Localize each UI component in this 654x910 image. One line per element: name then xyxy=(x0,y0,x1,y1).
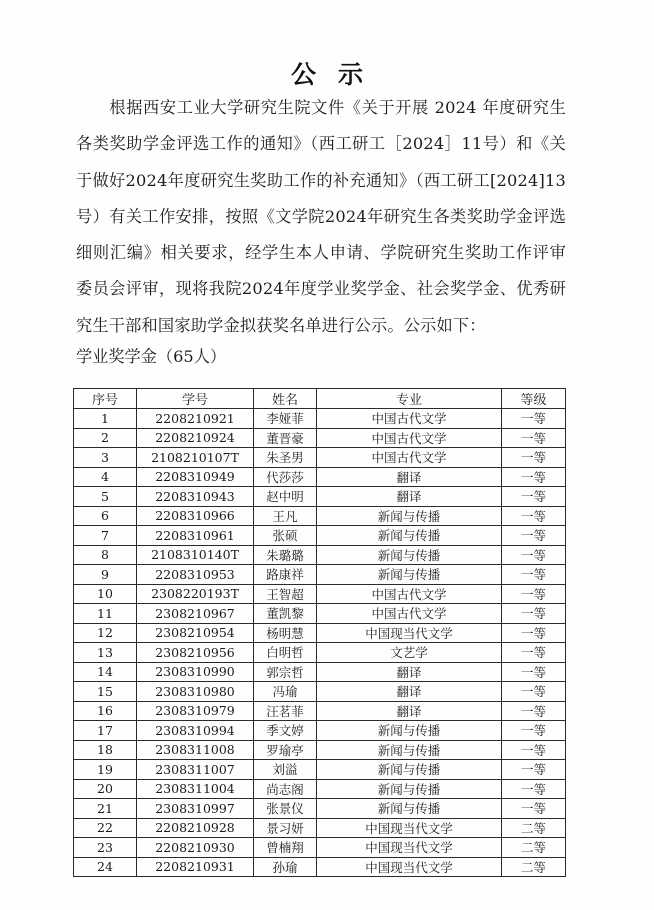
cell-name: 王智超 xyxy=(254,584,317,604)
cell-name: 赵中明 xyxy=(254,487,317,507)
table-row: 42208310949代莎莎翻译一等 xyxy=(74,467,566,487)
cell-no: 7 xyxy=(74,526,137,546)
cell-student-id: 2308210956 xyxy=(137,643,254,663)
cell-student-id: 2308311004 xyxy=(137,779,254,799)
cell-level: 一等 xyxy=(502,506,566,526)
cell-name: 路康祥 xyxy=(254,565,317,585)
cell-major: 新闻与传播 xyxy=(317,779,502,799)
cell-name: 代莎莎 xyxy=(254,467,317,487)
cell-major: 新闻与传播 xyxy=(317,565,502,585)
cell-major: 新闻与传播 xyxy=(317,721,502,741)
cell-name: 张景仪 xyxy=(254,799,317,819)
cell-no: 23 xyxy=(74,838,137,858)
header-name: 姓名 xyxy=(254,389,317,409)
cell-student-id: 2308310994 xyxy=(137,721,254,741)
cell-level: 一等 xyxy=(502,409,566,429)
cell-no: 21 xyxy=(74,799,137,819)
cell-major: 中国古代文学 xyxy=(317,428,502,448)
cell-major: 翻译 xyxy=(317,487,502,507)
cell-major: 新闻与传播 xyxy=(317,526,502,546)
cell-level: 一等 xyxy=(502,760,566,780)
cell-major: 新闻与传播 xyxy=(317,760,502,780)
cell-no: 13 xyxy=(74,643,137,663)
cell-no: 19 xyxy=(74,760,137,780)
cell-name: 罗瑜亭 xyxy=(254,740,317,760)
section-label-academic-scholarship: 学业奖学金（65人） xyxy=(76,343,226,367)
cell-no: 16 xyxy=(74,701,137,721)
cell-level: 二等 xyxy=(502,857,566,877)
header-student-id: 学号 xyxy=(137,389,254,409)
cell-level: 一等 xyxy=(502,428,566,448)
table-row: 232208210930曾楠翔中国现当代文学二等 xyxy=(74,838,566,858)
cell-student-id: 2208310953 xyxy=(137,565,254,585)
table-header-row: 序号 学号 姓名 专业 等级 xyxy=(74,389,566,409)
table-row: 122308210954杨明慧中国现当代文学一等 xyxy=(74,623,566,643)
cell-no: 2 xyxy=(74,428,137,448)
cell-student-id: 2108210107T xyxy=(137,448,254,468)
cell-no: 8 xyxy=(74,545,137,565)
cell-name: 景习妍 xyxy=(254,818,317,838)
cell-major: 中国现当代文学 xyxy=(317,838,502,858)
cell-name: 张硕 xyxy=(254,526,317,546)
cell-student-id: 2208210928 xyxy=(137,818,254,838)
cell-student-id: 2108310140T xyxy=(137,545,254,565)
cell-no: 22 xyxy=(74,818,137,838)
cell-major: 中国古代文学 xyxy=(317,584,502,604)
cell-major: 新闻与传播 xyxy=(317,506,502,526)
cell-level: 一等 xyxy=(502,623,566,643)
table-row: 142308310990郭宗哲翻译一等 xyxy=(74,662,566,682)
cell-level: 一等 xyxy=(502,526,566,546)
cell-no: 10 xyxy=(74,584,137,604)
cell-no: 6 xyxy=(74,506,137,526)
cell-name: 郭宗哲 xyxy=(254,662,317,682)
cell-student-id: 2308210954 xyxy=(137,623,254,643)
cell-name: 朱璐璐 xyxy=(254,545,317,565)
cell-name: 曾楠翔 xyxy=(254,838,317,858)
cell-major: 中国现当代文学 xyxy=(317,623,502,643)
table-row: 92208310953路康祥新闻与传播一等 xyxy=(74,565,566,585)
cell-major: 中国古代文学 xyxy=(317,409,502,429)
table-row: 182308311008罗瑜亭新闻与传播一等 xyxy=(74,740,566,760)
page-title: 公示 xyxy=(0,55,654,91)
cell-no: 15 xyxy=(74,682,137,702)
cell-level: 二等 xyxy=(502,838,566,858)
cell-level: 一等 xyxy=(502,799,566,819)
cell-student-id: 2208310943 xyxy=(137,487,254,507)
cell-no: 17 xyxy=(74,721,137,741)
header-level: 等级 xyxy=(502,389,566,409)
cell-level: 一等 xyxy=(502,604,566,624)
cell-name: 朱圣男 xyxy=(254,448,317,468)
table-row: 32108210107T朱圣男中国古代文学一等 xyxy=(74,448,566,468)
announcement-paragraph: 根据西安工业大学研究生院文件《关于开展 2024 年度研究生各类奖助学金评选工作… xyxy=(76,90,566,344)
cell-level: 一等 xyxy=(502,487,566,507)
cell-level: 一等 xyxy=(502,701,566,721)
cell-student-id: 2208210924 xyxy=(137,428,254,448)
cell-major: 中国现当代文学 xyxy=(317,818,502,838)
cell-no: 14 xyxy=(74,662,137,682)
table-row: 222208210928景习妍中国现当代文学二等 xyxy=(74,818,566,838)
cell-name: 李娅菲 xyxy=(254,409,317,429)
cell-student-id: 2308210967 xyxy=(137,604,254,624)
cell-student-id: 2208210921 xyxy=(137,409,254,429)
awards-table: 序号 学号 姓名 专业 等级 12208210921李娅菲中国古代文学一等222… xyxy=(73,388,566,877)
table-row: 12208210921李娅菲中国古代文学一等 xyxy=(74,409,566,429)
cell-level: 二等 xyxy=(502,818,566,838)
cell-major: 翻译 xyxy=(317,701,502,721)
cell-student-id: 2308311007 xyxy=(137,760,254,780)
cell-no: 24 xyxy=(74,857,137,877)
announcement-text: 根据西安工业大学研究生院文件《关于开展 2024 年度研究生各类奖助学金评选工作… xyxy=(76,98,566,335)
cell-major: 新闻与传播 xyxy=(317,545,502,565)
cell-level: 一等 xyxy=(502,779,566,799)
cell-no: 5 xyxy=(74,487,137,507)
table-row: 242208210931孙瑜中国现当代文学二等 xyxy=(74,857,566,877)
cell-name: 杨明慧 xyxy=(254,623,317,643)
table-row: 172308310994季文婷新闻与传播一等 xyxy=(74,721,566,741)
document-page: 公示 根据西安工业大学研究生院文件《关于开展 2024 年度研究生各类奖助学金评… xyxy=(0,0,654,910)
cell-level: 一等 xyxy=(502,662,566,682)
cell-student-id: 2308310990 xyxy=(137,662,254,682)
table-row: 212308310997张景仪新闻与传播一等 xyxy=(74,799,566,819)
cell-major: 翻译 xyxy=(317,467,502,487)
cell-major: 中国古代文学 xyxy=(317,604,502,624)
table-row: 82108310140T朱璐璐新闻与传播一等 xyxy=(74,545,566,565)
header-major: 专业 xyxy=(317,389,502,409)
cell-level: 一等 xyxy=(502,740,566,760)
cell-level: 一等 xyxy=(502,565,566,585)
table-row: 192308311007刘溢新闻与传播一等 xyxy=(74,760,566,780)
cell-name: 董凯黎 xyxy=(254,604,317,624)
table-row: 102308220193T王智超中国古代文学一等 xyxy=(74,584,566,604)
table-row: 152308310980冯瑜翻译一等 xyxy=(74,682,566,702)
cell-level: 一等 xyxy=(502,584,566,604)
cell-name: 冯瑜 xyxy=(254,682,317,702)
cell-name: 刘溢 xyxy=(254,760,317,780)
cell-no: 4 xyxy=(74,467,137,487)
cell-level: 一等 xyxy=(502,448,566,468)
table-row: 202308311004尚志阁新闻与传播一等 xyxy=(74,779,566,799)
table-row: 22208210924董晋豪中国古代文学一等 xyxy=(74,428,566,448)
table-row: 62208310966王凡新闻与传播一等 xyxy=(74,506,566,526)
table-row: 112308210967董凯黎中国古代文学一等 xyxy=(74,604,566,624)
table-row: 72208310961张硕新闻与传播一等 xyxy=(74,526,566,546)
cell-name: 汪茗菲 xyxy=(254,701,317,721)
cell-major: 中国现当代文学 xyxy=(317,857,502,877)
cell-no: 18 xyxy=(74,740,137,760)
table-row: 162308310979汪茗菲翻译一等 xyxy=(74,701,566,721)
cell-student-id: 2208310949 xyxy=(137,467,254,487)
cell-major: 翻译 xyxy=(317,662,502,682)
cell-no: 12 xyxy=(74,623,137,643)
cell-level: 一等 xyxy=(502,467,566,487)
cell-name: 董晋豪 xyxy=(254,428,317,448)
cell-level: 一等 xyxy=(502,682,566,702)
cell-student-id: 2208210930 xyxy=(137,838,254,858)
cell-no: 1 xyxy=(74,409,137,429)
table-body: 12208210921李娅菲中国古代文学一等22208210924董晋豪中国古代… xyxy=(74,409,566,877)
cell-name: 王凡 xyxy=(254,506,317,526)
cell-name: 尚志阁 xyxy=(254,779,317,799)
cell-major: 中国古代文学 xyxy=(317,448,502,468)
cell-name: 孙瑜 xyxy=(254,857,317,877)
cell-major: 新闻与传播 xyxy=(317,740,502,760)
header-no: 序号 xyxy=(74,389,137,409)
cell-level: 一等 xyxy=(502,545,566,565)
cell-student-id: 2308310997 xyxy=(137,799,254,819)
cell-student-id: 2208310966 xyxy=(137,506,254,526)
cell-no: 11 xyxy=(74,604,137,624)
cell-level: 一等 xyxy=(502,721,566,741)
cell-name: 季文婷 xyxy=(254,721,317,741)
table-row: 132308210956白明哲文艺学一等 xyxy=(74,643,566,663)
cell-major: 文艺学 xyxy=(317,643,502,663)
cell-no: 20 xyxy=(74,779,137,799)
cell-no: 3 xyxy=(74,448,137,468)
cell-student-id: 2208210931 xyxy=(137,857,254,877)
cell-student-id: 2308310979 xyxy=(137,701,254,721)
cell-major: 新闻与传播 xyxy=(317,799,502,819)
cell-student-id: 2308310980 xyxy=(137,682,254,702)
cell-level: 一等 xyxy=(502,643,566,663)
table-row: 52208310943赵中明翻译一等 xyxy=(74,487,566,507)
cell-student-id: 2308311008 xyxy=(137,740,254,760)
cell-no: 9 xyxy=(74,565,137,585)
cell-student-id: 2208310961 xyxy=(137,526,254,546)
cell-major: 翻译 xyxy=(317,682,502,702)
cell-name: 白明哲 xyxy=(254,643,317,663)
cell-student-id: 2308220193T xyxy=(137,584,254,604)
